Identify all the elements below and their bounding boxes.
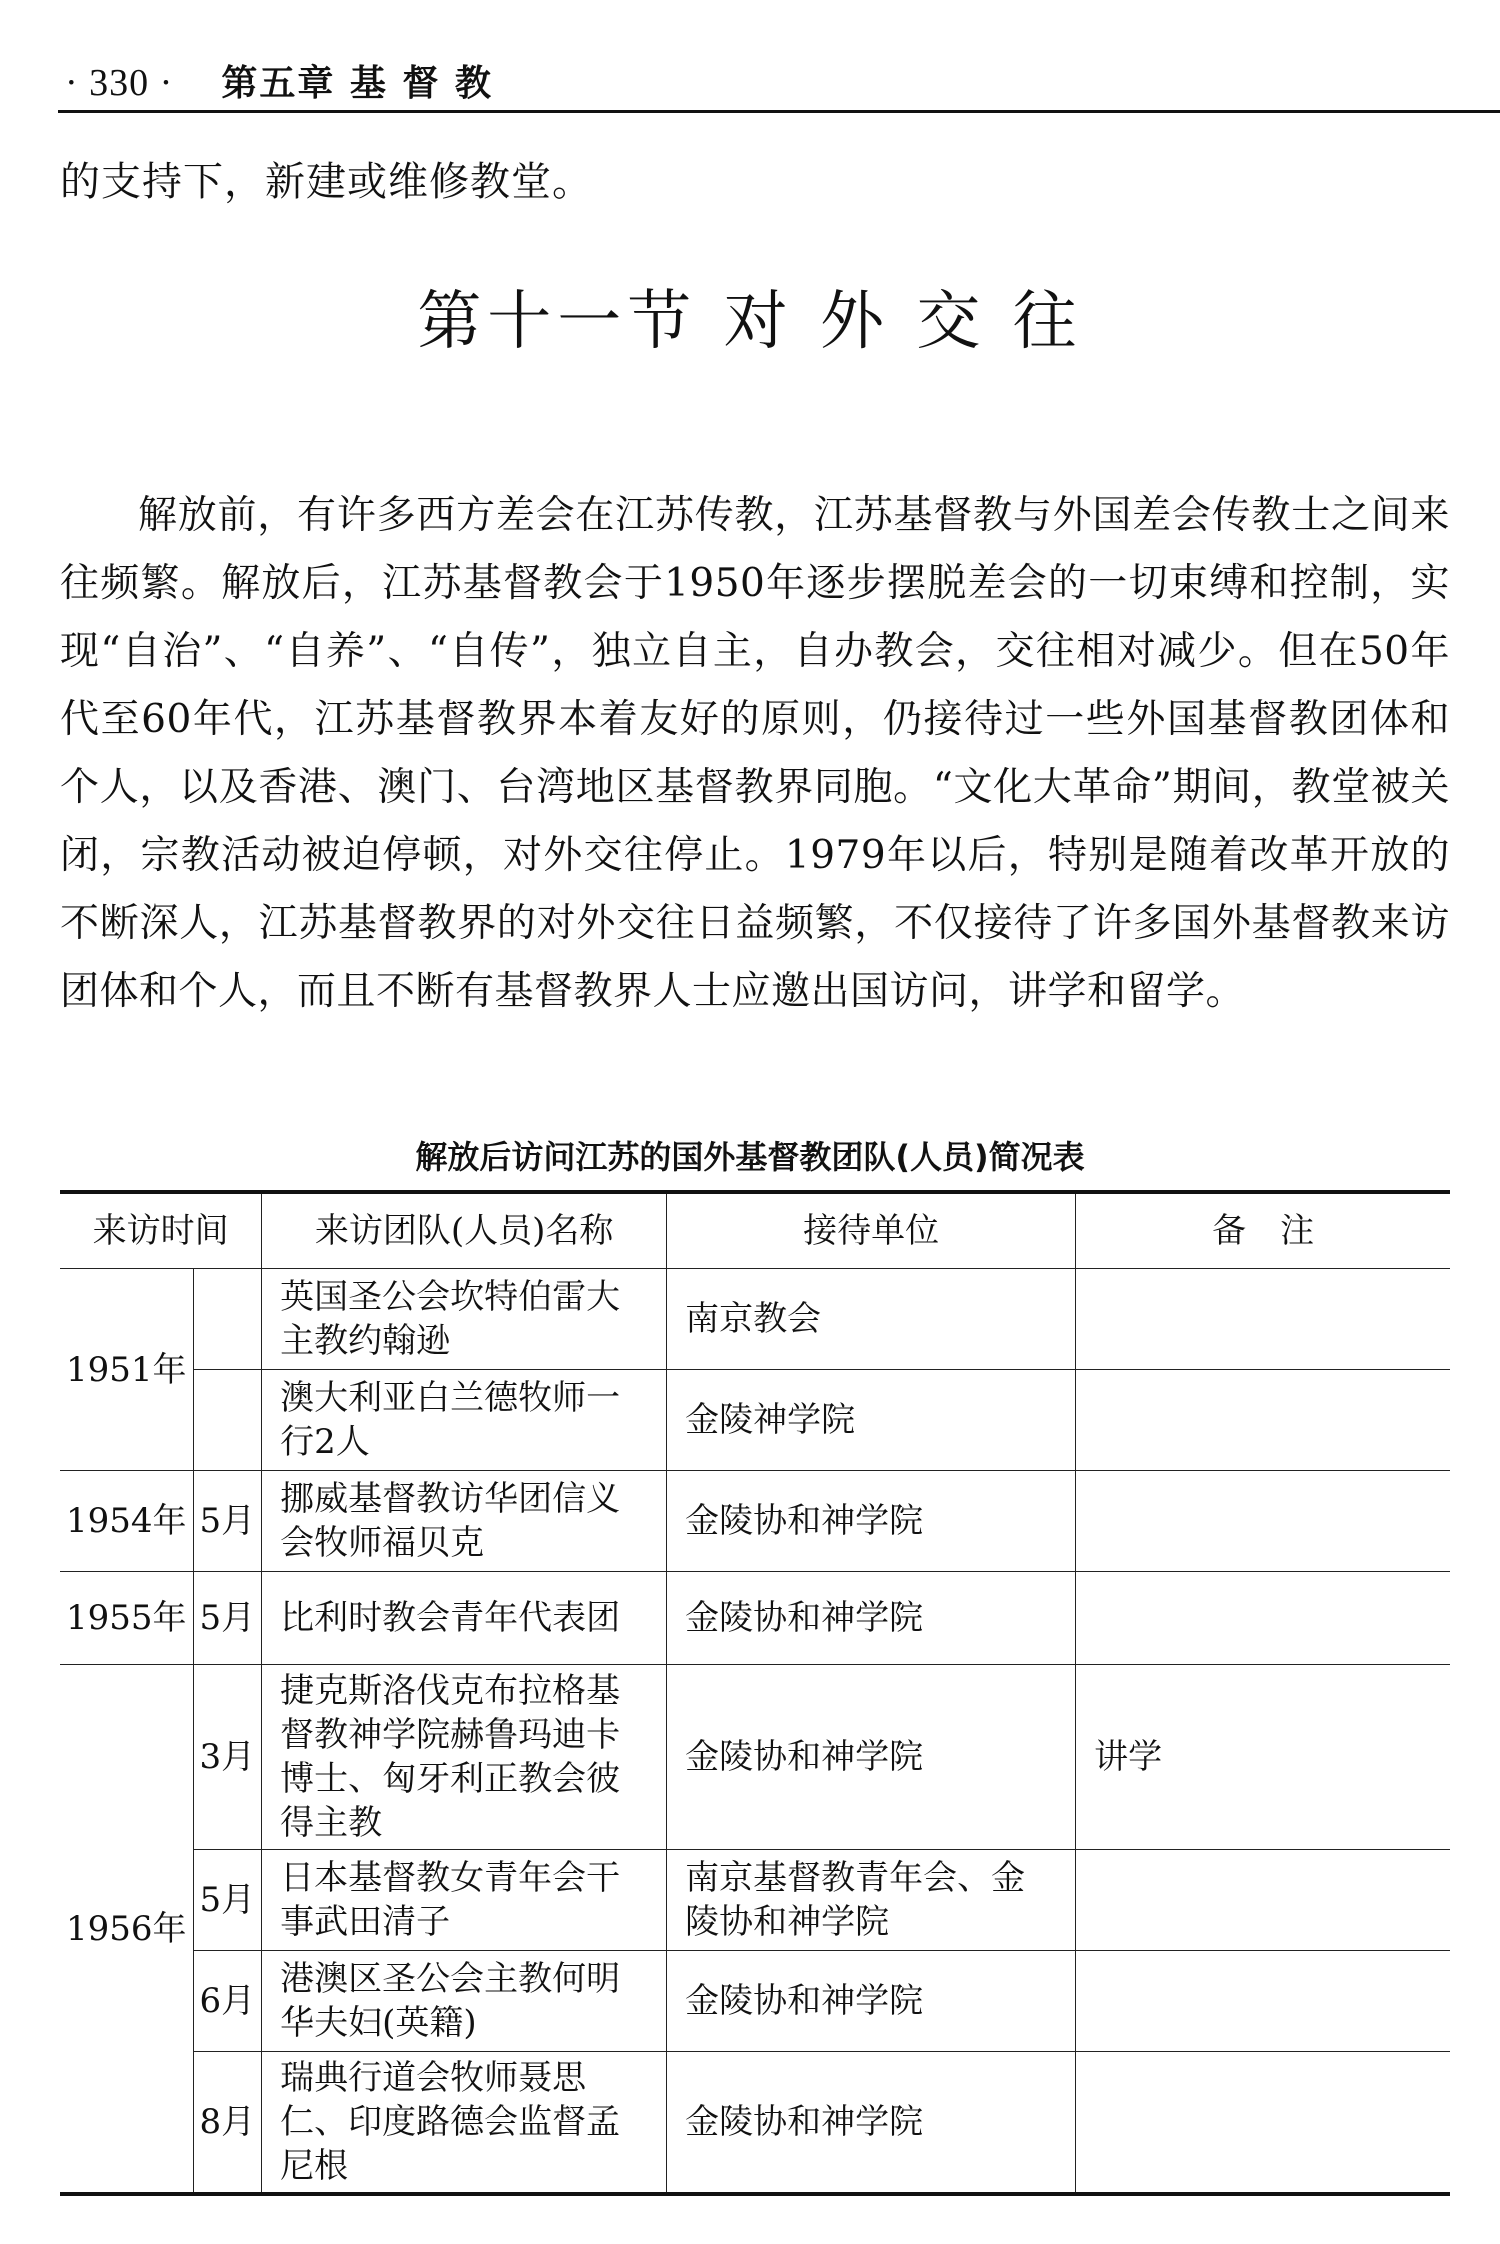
chapter-title: 第五章 基 督 教 (221, 55, 493, 106)
table-row: 1956年 3月 捷克斯洛伐克布拉格基督教神学院赫鲁玛迪卡博士、匈牙利正教会彼得… (60, 1665, 1450, 1850)
cell-remark (1076, 1572, 1450, 1665)
body-paragraph: 解放前，有许多西方差会在江苏传教，江苏基督教与外国差会传教士之间来往频繁。解放后… (60, 482, 1450, 1026)
cell-year: 1954年 (60, 1471, 193, 1572)
cell-month: 3月 (193, 1665, 262, 1850)
cell-host: 金陵协和神学院 (667, 1665, 1076, 1850)
cell-visitor: 港澳区圣公会主教何明华夫妇(英籍) (262, 1951, 667, 2052)
header-visit-time: 来访时间 (60, 1192, 262, 1269)
cell-month: 6月 (193, 1951, 262, 2052)
table-row: 1951年 英国圣公会坎特伯雷大主教约翰逊 南京教会 (60, 1269, 1450, 1370)
running-head: · 330 · 第五章 基 督 教 (65, 55, 493, 106)
page-number: · 330 · (65, 61, 173, 105)
cell-remark (1076, 1951, 1450, 2052)
cell-month: 8月 (193, 2052, 262, 2195)
cell-visitor: 英国圣公会坎特伯雷大主教约翰逊 (262, 1269, 667, 1370)
cell-year: 1956年 (60, 1665, 193, 2195)
cell-host: 金陵神学院 (667, 1370, 1076, 1471)
cell-remark (1076, 1471, 1450, 1572)
cell-month (193, 1269, 262, 1370)
cell-host: 南京教会 (667, 1269, 1076, 1370)
cell-month: 5月 (193, 1471, 262, 1572)
table-row: 澳大利亚白兰德牧师一行2人 金陵神学院 (60, 1370, 1450, 1471)
cell-month (193, 1370, 262, 1471)
cell-visitor: 捷克斯洛伐克布拉格基督教神学院赫鲁玛迪卡博士、匈牙利正教会彼得主教 (262, 1665, 667, 1850)
cell-host: 南京基督教青年会、金陵协和神学院 (667, 1850, 1076, 1951)
table-row: 6月 港澳区圣公会主教何明华夫妇(英籍) 金陵协和神学院 (60, 1951, 1450, 2052)
cell-remark (1076, 1370, 1450, 1471)
cell-visitor: 比利时教会青年代表团 (262, 1572, 667, 1665)
cell-month: 5月 (193, 1572, 262, 1665)
table-title: 解放后访问江苏的国外基督教团队(人员)简况表 (0, 1132, 1500, 1178)
header-rule (58, 110, 1500, 113)
header-host: 接待单位 (667, 1192, 1076, 1269)
continuation-text: 的支持下，新建或维修教堂。 (60, 150, 593, 207)
header-remark: 备 注 (1076, 1192, 1450, 1269)
cell-remark (1076, 1850, 1450, 1951)
cell-visitor: 瑞典行道会牧师聂思仁、印度路德会监督孟尼根 (262, 2052, 667, 2195)
table-row: 1955年 5月 比利时教会青年代表团 金陵协和神学院 (60, 1572, 1450, 1665)
table-row: 5月 日本基督教女青年会干事武田清子 南京基督教青年会、金陵协和神学院 (60, 1850, 1450, 1951)
table-row: 8月 瑞典行道会牧师聂思仁、印度路德会监督孟尼根 金陵协和神学院 (60, 2052, 1450, 2195)
cell-remark (1076, 1269, 1450, 1370)
cell-visitor: 日本基督教女青年会干事武田清子 (262, 1850, 667, 1951)
cell-host: 金陵协和神学院 (667, 2052, 1076, 2195)
table-header-row: 来访时间 来访团队(人员)名称 接待单位 备 注 (60, 1192, 1450, 1269)
cell-year: 1955年 (60, 1572, 193, 1665)
visits-table: 来访时间 来访团队(人员)名称 接待单位 备 注 1951年 英国圣公会坎特伯雷… (60, 1190, 1450, 2196)
section-title: 第十一节 对 外 交 往 (0, 270, 1500, 362)
cell-host: 金陵协和神学院 (667, 1471, 1076, 1572)
cell-host: 金陵协和神学院 (667, 1951, 1076, 2052)
cell-visitor: 澳大利亚白兰德牧师一行2人 (262, 1370, 667, 1471)
cell-host: 金陵协和神学院 (667, 1572, 1076, 1665)
table-row: 1954年 5月 挪威基督教访华团信义会牧师福贝克 金陵协和神学院 (60, 1471, 1450, 1572)
cell-remark (1076, 2052, 1450, 2195)
cell-remark: 讲学 (1076, 1665, 1450, 1850)
header-visitor-name: 来访团队(人员)名称 (262, 1192, 667, 1269)
cell-year: 1951年 (60, 1269, 193, 1471)
cell-month: 5月 (193, 1850, 262, 1951)
cell-visitor: 挪威基督教访华团信义会牧师福贝克 (262, 1471, 667, 1572)
